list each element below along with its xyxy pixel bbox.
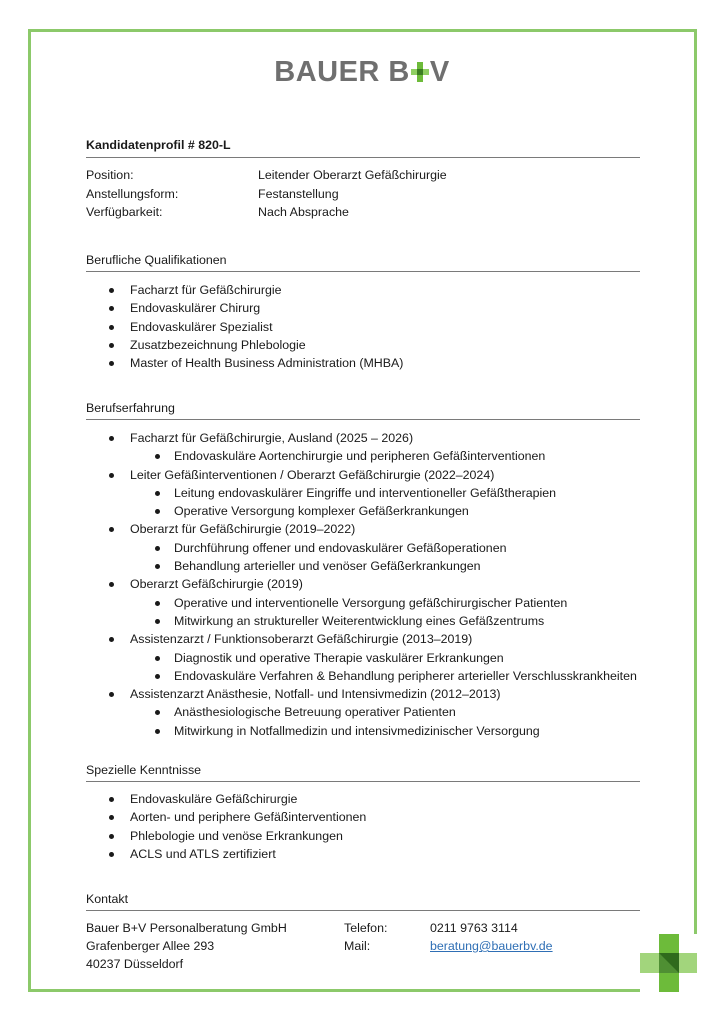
experience-detail: Mitwirkung in Notfallmedizin und intensi… <box>86 722 646 740</box>
bullet-icon <box>155 454 160 459</box>
frame-border-top <box>28 29 696 32</box>
list-item: Zusatzbezeichnung Phlebologie <box>86 336 646 354</box>
email-link[interactable]: beratung@bauerbv.de <box>430 939 553 953</box>
field-employment-type: Anstellungsform: Festanstellung <box>86 187 640 205</box>
contact-address: Bauer B+V Personalberatung GmbH Grafenbe… <box>86 919 287 973</box>
bullet-icon <box>109 852 114 857</box>
experience-detail: Durchführung offener und endovaskulärer … <box>86 539 646 557</box>
bullet-icon <box>109 815 114 820</box>
bullet-icon <box>109 527 114 532</box>
green-cross-icon <box>640 934 697 992</box>
section-heading-experience: Berufserfahrung <box>86 401 640 415</box>
divider <box>86 271 640 272</box>
experience-role: Oberarzt für Gefäßchirurgie (2019–2022) <box>86 520 646 538</box>
phone-number: 0211 9763 3114 <box>430 919 553 937</box>
logo-text-left: BAUER B <box>274 56 410 88</box>
experience-detail: Anästhesiologische Betreuung operativer … <box>86 703 646 721</box>
bullet-icon <box>155 546 160 551</box>
bullet-icon <box>155 656 160 661</box>
frame-border-right <box>694 29 697 934</box>
frame-border-bottom <box>28 989 640 992</box>
list-item: Endovaskulärer Spezialist <box>86 318 646 336</box>
field-label: Position: <box>86 168 134 182</box>
field-label: Verfügbarkeit: <box>86 205 162 219</box>
experience-detail: Endovaskuläre Verfahren & Behandlung per… <box>86 667 646 685</box>
contact-values: 0211 9763 3114 beratung@bauerbv.de <box>430 919 553 955</box>
experience-detail: Leitung endovaskulärer Eingriffe und int… <box>86 484 646 502</box>
experience-detail: Behandlung arterieller und venöser Gefäß… <box>86 557 646 575</box>
field-position: Position: Leitender Oberarzt Gefäßchirur… <box>86 168 640 186</box>
bullet-icon <box>155 601 160 606</box>
bullet-icon <box>155 491 160 496</box>
frame-border-left <box>28 29 31 992</box>
divider <box>86 781 640 782</box>
experience-detail: Mitwirkung an struktureller Weiterentwic… <box>86 612 646 630</box>
bullet-icon <box>155 564 160 569</box>
bullet-icon <box>109 306 114 311</box>
phone-label: Telefon: <box>344 919 387 937</box>
experience-role: Oberarzt Gefäßchirurgie (2019) <box>86 575 646 593</box>
experience-list: Facharzt für Gefäßchirurgie, Ausland (20… <box>86 429 646 740</box>
divider <box>86 157 640 158</box>
list-item: ACLS und ATLS zertifiziert <box>86 845 646 863</box>
field-value: Festanstellung <box>258 187 339 201</box>
bullet-icon <box>109 582 114 587</box>
bullet-icon <box>109 797 114 802</box>
green-plus-icon <box>411 62 429 82</box>
list-item: Endovaskuläre Gefäßchirurgie <box>86 790 646 808</box>
experience-detail: Operative Versorgung komplexer Gefäßerkr… <box>86 502 646 520</box>
bullet-icon <box>109 343 114 348</box>
list-item: Aorten- und periphere Gefäßinterventione… <box>86 808 646 826</box>
section-heading-contact: Kontakt <box>86 892 640 906</box>
field-value: Leitender Oberarzt Gefäßchirurgie <box>258 168 447 182</box>
bullet-icon <box>109 436 114 441</box>
mail-label: Mail: <box>344 937 387 955</box>
experience-role: Facharzt für Gefäßchirurgie, Ausland (20… <box>86 429 646 447</box>
company-name: Bauer B+V Personalberatung GmbH <box>86 919 287 937</box>
section-heading-qualifications: Berufliche Qualifikationen <box>86 253 640 267</box>
bullet-icon <box>109 325 114 330</box>
profile-title: Kandidatenprofil # 820-L <box>86 138 640 152</box>
bullet-icon <box>109 637 114 642</box>
experience-detail: Operative und interventionelle Versorgun… <box>86 594 646 612</box>
experience-detail: Diagnostik und operative Therapie vaskul… <box>86 649 646 667</box>
brand-logo: BAUER BV <box>0 56 724 89</box>
experience-role: Assistenzarzt / Funktionsoberarzt Gefäßc… <box>86 630 646 648</box>
section-heading-skills: Spezielle Kenntnisse <box>86 763 640 777</box>
bullet-icon <box>155 509 160 514</box>
experience-role: Assistenzarzt Anästhesie, Notfall- und I… <box>86 685 646 703</box>
experience-role: Leiter Gefäßinterventionen / Oberarzt Ge… <box>86 466 646 484</box>
divider <box>86 910 640 911</box>
bullet-icon <box>109 361 114 366</box>
bullet-icon <box>155 710 160 715</box>
contact-labels: Telefon: Mail: <box>344 919 387 955</box>
street-address: Grafenberger Allee 293 <box>86 937 287 955</box>
list-item: Facharzt für Gefäßchirurgie <box>86 281 646 299</box>
bullet-icon <box>109 473 114 478</box>
bullet-icon <box>109 692 114 697</box>
list-item: Endovaskulärer Chirurg <box>86 299 646 317</box>
bullet-icon <box>109 834 114 839</box>
bullet-icon <box>155 729 160 734</box>
list-item: Master of Health Business Administration… <box>86 354 646 372</box>
divider <box>86 419 640 420</box>
field-value: Nach Absprache <box>258 205 349 219</box>
bullet-icon <box>155 674 160 679</box>
qualifications-list: Facharzt für Gefäßchirurgie Endovaskulär… <box>86 281 646 372</box>
bullet-icon <box>109 288 114 293</box>
list-item: Phlebologie und venöse Erkrankungen <box>86 827 646 845</box>
city: 40237 Düsseldorf <box>86 955 287 973</box>
field-label: Anstellungsform: <box>86 187 178 201</box>
bullet-icon <box>155 619 160 624</box>
experience-detail: Endovaskuläre Aortenchirurgie und periph… <box>86 447 646 465</box>
skills-list: Endovaskuläre Gefäßchirurgie Aorten- und… <box>86 790 646 863</box>
logo-text-right: V <box>430 56 450 88</box>
field-availability: Verfügbarkeit: Nach Absprache <box>86 205 640 223</box>
